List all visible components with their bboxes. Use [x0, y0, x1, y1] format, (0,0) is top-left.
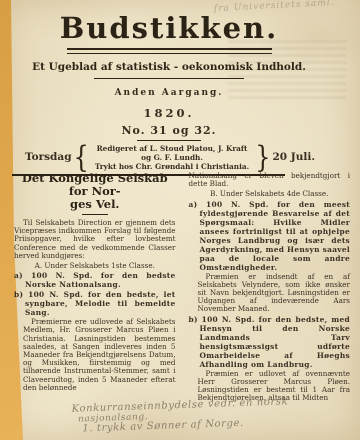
article-heading-line2: ges Vel.	[14, 198, 176, 211]
handwritten-note-bottom: Konkurranseinnbydelse vedr. en norsk nas…	[72, 397, 290, 435]
prize-note-paragraph: Præmierne ere udlovede af Selskabets Med…	[23, 318, 176, 392]
issue-number-line: No. 31 og 32.	[15, 124, 323, 137]
class-b-heading: B. Under Selskabets 4de Classe.	[189, 190, 351, 198]
article-heading-line1: Det Kongelige Selskab for Nor-	[14, 172, 176, 198]
left-brace-glyph: {	[72, 140, 91, 175]
prize-item-a-right: a) 100 N. Spd. for den meest fyldestgjør…	[189, 200, 351, 272]
prize-item-b: b) 100 N. Spd. for den bedste, let syngb…	[14, 290, 176, 317]
continuation-paragraph: Nationalsang er bleven bekjendtgjort i d…	[189, 172, 351, 188]
class-a-heading: A. Under Selskabets 1ste Classe.	[14, 262, 176, 270]
prize-item-b-right: b) 100 N. Spd. for den bedste, med Hensy…	[189, 315, 351, 369]
imprint-block: Redigeret af L. Stoud Platou, J. Kraft o…	[91, 144, 253, 171]
prize-note-a-paragraph: Præmien er indsendt af en af Selskabets …	[198, 273, 351, 314]
right-brace-glyph: }	[253, 140, 272, 175]
newspaper-subtitle: Et Ugeblad af statistisk - oekonomisk In…	[15, 61, 323, 73]
prize-item-a: a) 100 N. Spd. for den bedste Norske Nat…	[14, 271, 176, 289]
dateline: Torsdag { Redigeret af L. Stoud Platou, …	[15, 143, 323, 171]
newspaper-title: Budstikken.	[15, 13, 323, 44]
title-double-rule	[67, 48, 272, 54]
left-column: Det Kongelige Selskab for Nor- ges Vel. …	[14, 172, 176, 402]
issue-rule	[137, 140, 201, 141]
article-heading-rule	[82, 214, 108, 215]
article-body: Det Kongelige Selskab for Nor- ges Vel. …	[14, 172, 350, 402]
weekday-label: Torsdag	[25, 151, 72, 163]
volume-line: Anden Aargang.	[15, 88, 323, 98]
editors-line: Redigeret af L. Stoud Platou, J. Kraft o…	[97, 144, 248, 162]
masthead: Budstikken. Et Ugeblad af statistisk - o…	[15, 13, 323, 176]
newspaper-page-scan: fra Universitets saml. Budstikken. Et Ug…	[0, 0, 360, 440]
subtitle-rule	[94, 78, 244, 79]
publication-date-label: 20 Juli.	[272, 151, 315, 163]
year-line: 1820.	[15, 106, 323, 120]
right-column: Nationalsang er bleven bekjendtgjort i d…	[189, 172, 351, 402]
article-intro-paragraph: Til Selskabets Direction er gjennem dets…	[14, 219, 176, 260]
prize-question-emphasis: Hvilke Midler ansees fortrinligst til at…	[200, 218, 351, 272]
printer-line: Trykt hos Chr. Grøndahl i Christiania.	[95, 162, 249, 171]
